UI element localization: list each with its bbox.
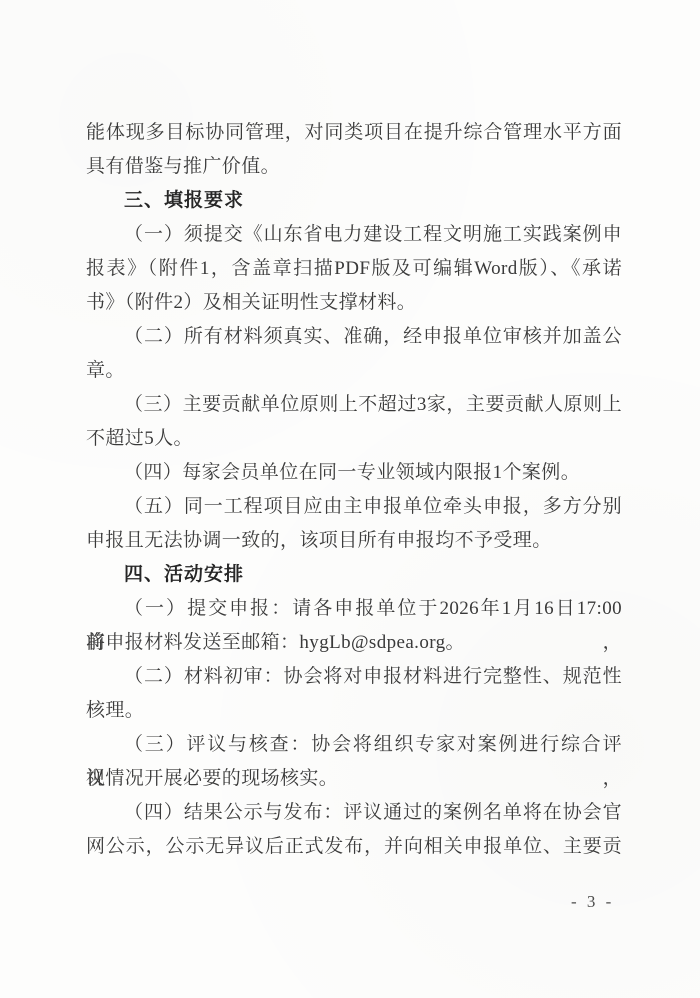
text-line: 网公示，公示无异议后正式发布，并向相关申报单位、主要贡	[86, 830, 622, 864]
text-line: （三）主要贡献单位原则上不超过3家，主要贡献人原则上	[86, 388, 622, 422]
text-line: 申报且无法协调一致的，该项目所有申报均不予受理。	[86, 524, 622, 558]
section-heading: 四、活动安排	[86, 558, 622, 592]
text-line: （一）须提交《山东省电力建设工程文明施工实践案例申	[86, 218, 622, 252]
document-body: 能体现多目标协同管理，对同类项目在提升综合管理水平方面具有借鉴与推广价值。三、填…	[86, 116, 622, 864]
text-line: （五）同一工程项目应由主申报单位牵头申报，多方分别	[86, 490, 622, 524]
page-number: - 3 -	[571, 892, 614, 912]
text-line: 章。	[86, 354, 622, 388]
text-line: 报表》（附件1，含盖章扫描PDF版及可编辑Word版）、《承诺	[86, 252, 622, 286]
text-line: （四）每家会员单位在同一专业领域内限报1个案例。	[86, 456, 622, 490]
scanned-document-page: 能体现多目标协同管理，对同类项目在提升综合管理水平方面具有借鉴与推广价值。三、填…	[0, 0, 700, 998]
text-line: （一）提交申报：请各申报单位于2026年1月16日17:00前，	[86, 592, 622, 626]
text-line: （二）所有材料须真实、准确，经申报单位审核并加盖公	[86, 320, 622, 354]
text-line: 能体现多目标协同管理，对同类项目在提升综合管理水平方面	[86, 116, 622, 150]
text-line: （三）评议与核查：协会将组织专家对案例进行综合评议，	[86, 728, 622, 762]
text-line: 不超过5人。	[86, 422, 622, 456]
section-heading: 三、填报要求	[86, 184, 622, 218]
text-line: 核理。	[86, 694, 622, 728]
text-line: （二）材料初审：协会将对申报材料进行完整性、规范性	[86, 660, 622, 694]
text-line: 具有借鉴与推广价值。	[86, 150, 622, 184]
text-line: 书》（附件2）及相关证明性支撑材料。	[86, 286, 622, 320]
text-line: （四）结果公示与发布：评议通过的案例名单将在协会官	[86, 796, 622, 830]
